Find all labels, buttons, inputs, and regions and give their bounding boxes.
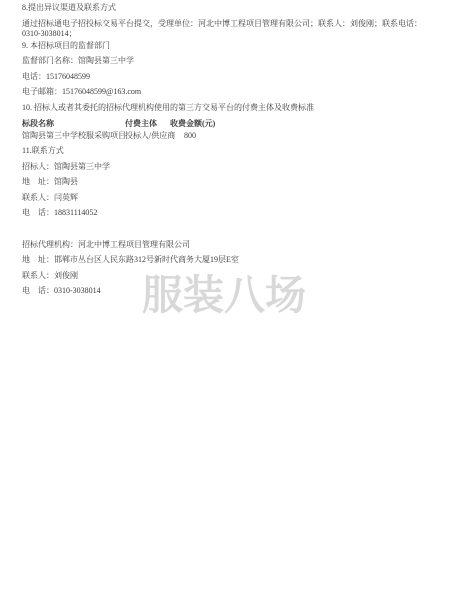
fee-table-header-section-name: 标段名称 bbox=[22, 118, 125, 130]
tender-notice-content: 8.提出异议渠道及联系方式 通过招标通电子招投标交易平台提交，受理单位：河北中博… bbox=[22, 3, 432, 302]
section-11-heading: 11.联系方式 bbox=[22, 146, 432, 157]
tenderee-name: 招标人：馆陶县第三中学 bbox=[22, 162, 432, 173]
section-9-heading: 9. 本招标项目的监督部门 bbox=[22, 41, 432, 52]
agency-block: 招标代理机构：河北中博工程项目管理有限公司 地 址：邯郸市丛台区人民东路312号… bbox=[22, 240, 432, 297]
fee-table-cell-amount: 800 bbox=[184, 130, 432, 142]
supervision-phone: 电话：15176048599 bbox=[22, 72, 432, 83]
tenderee-contact: 联系人：闫英辉 bbox=[22, 193, 432, 204]
fee-table-header-amount: 收费金额(元) bbox=[170, 118, 432, 130]
fee-table-cell-section-name: 馆陶县第三中学校服采购项目 bbox=[22, 130, 125, 142]
fee-table-header-row: 标段名称 付费主体 收费金额(元) bbox=[22, 118, 432, 130]
agency-phone: 电 话：0310-3038014 bbox=[22, 286, 432, 297]
fee-table-cell-payer: 投标人/供应商 bbox=[125, 130, 184, 142]
fee-table-row: 馆陶县第三中学校服采购项目 投标人/供应商 800 bbox=[22, 130, 432, 142]
fee-table-header-payer: 付费主体 bbox=[125, 118, 170, 130]
section-10-heading: 10. 招标人或者其委托的招标代理机构使用的第三方交易平台的付费主体及收费标准 bbox=[22, 103, 432, 114]
section-8-body: 通过招标通电子招投标交易平台提交，受理单位：河北中博工程项目管理有限公司；联系人… bbox=[22, 19, 432, 40]
agency-contact: 联系人：刘俊刚 bbox=[22, 271, 432, 282]
tenderee-address: 地 址：馆陶县 bbox=[22, 177, 432, 188]
supervision-dept-name: 监督部门名称：馆陶县第三中学 bbox=[22, 56, 432, 67]
tenderee-block: 招标人：馆陶县第三中学 地 址：馆陶县 联系人：闫英辉 电 话：18831114… bbox=[22, 162, 432, 219]
agency-name: 招标代理机构：河北中博工程项目管理有限公司 bbox=[22, 240, 432, 251]
fee-table: 标段名称 付费主体 收费金额(元) 馆陶县第三中学校服采购项目 投标人/供应商 … bbox=[22, 118, 432, 142]
section-8-heading: 8.提出异议渠道及联系方式 bbox=[22, 3, 432, 14]
tenderee-phone: 电 话：18831114052 bbox=[22, 208, 432, 219]
agency-address: 地 址：邯郸市丛台区人民东路312号新时代商务大厦19层E室 bbox=[22, 255, 432, 266]
supervision-email: 电子邮箱：15176048599@163.com bbox=[22, 87, 432, 98]
document-page: 8.提出异议渠道及联系方式 通过招标通电子招投标交易平台提交，受理单位：河北中博… bbox=[0, 0, 450, 600]
